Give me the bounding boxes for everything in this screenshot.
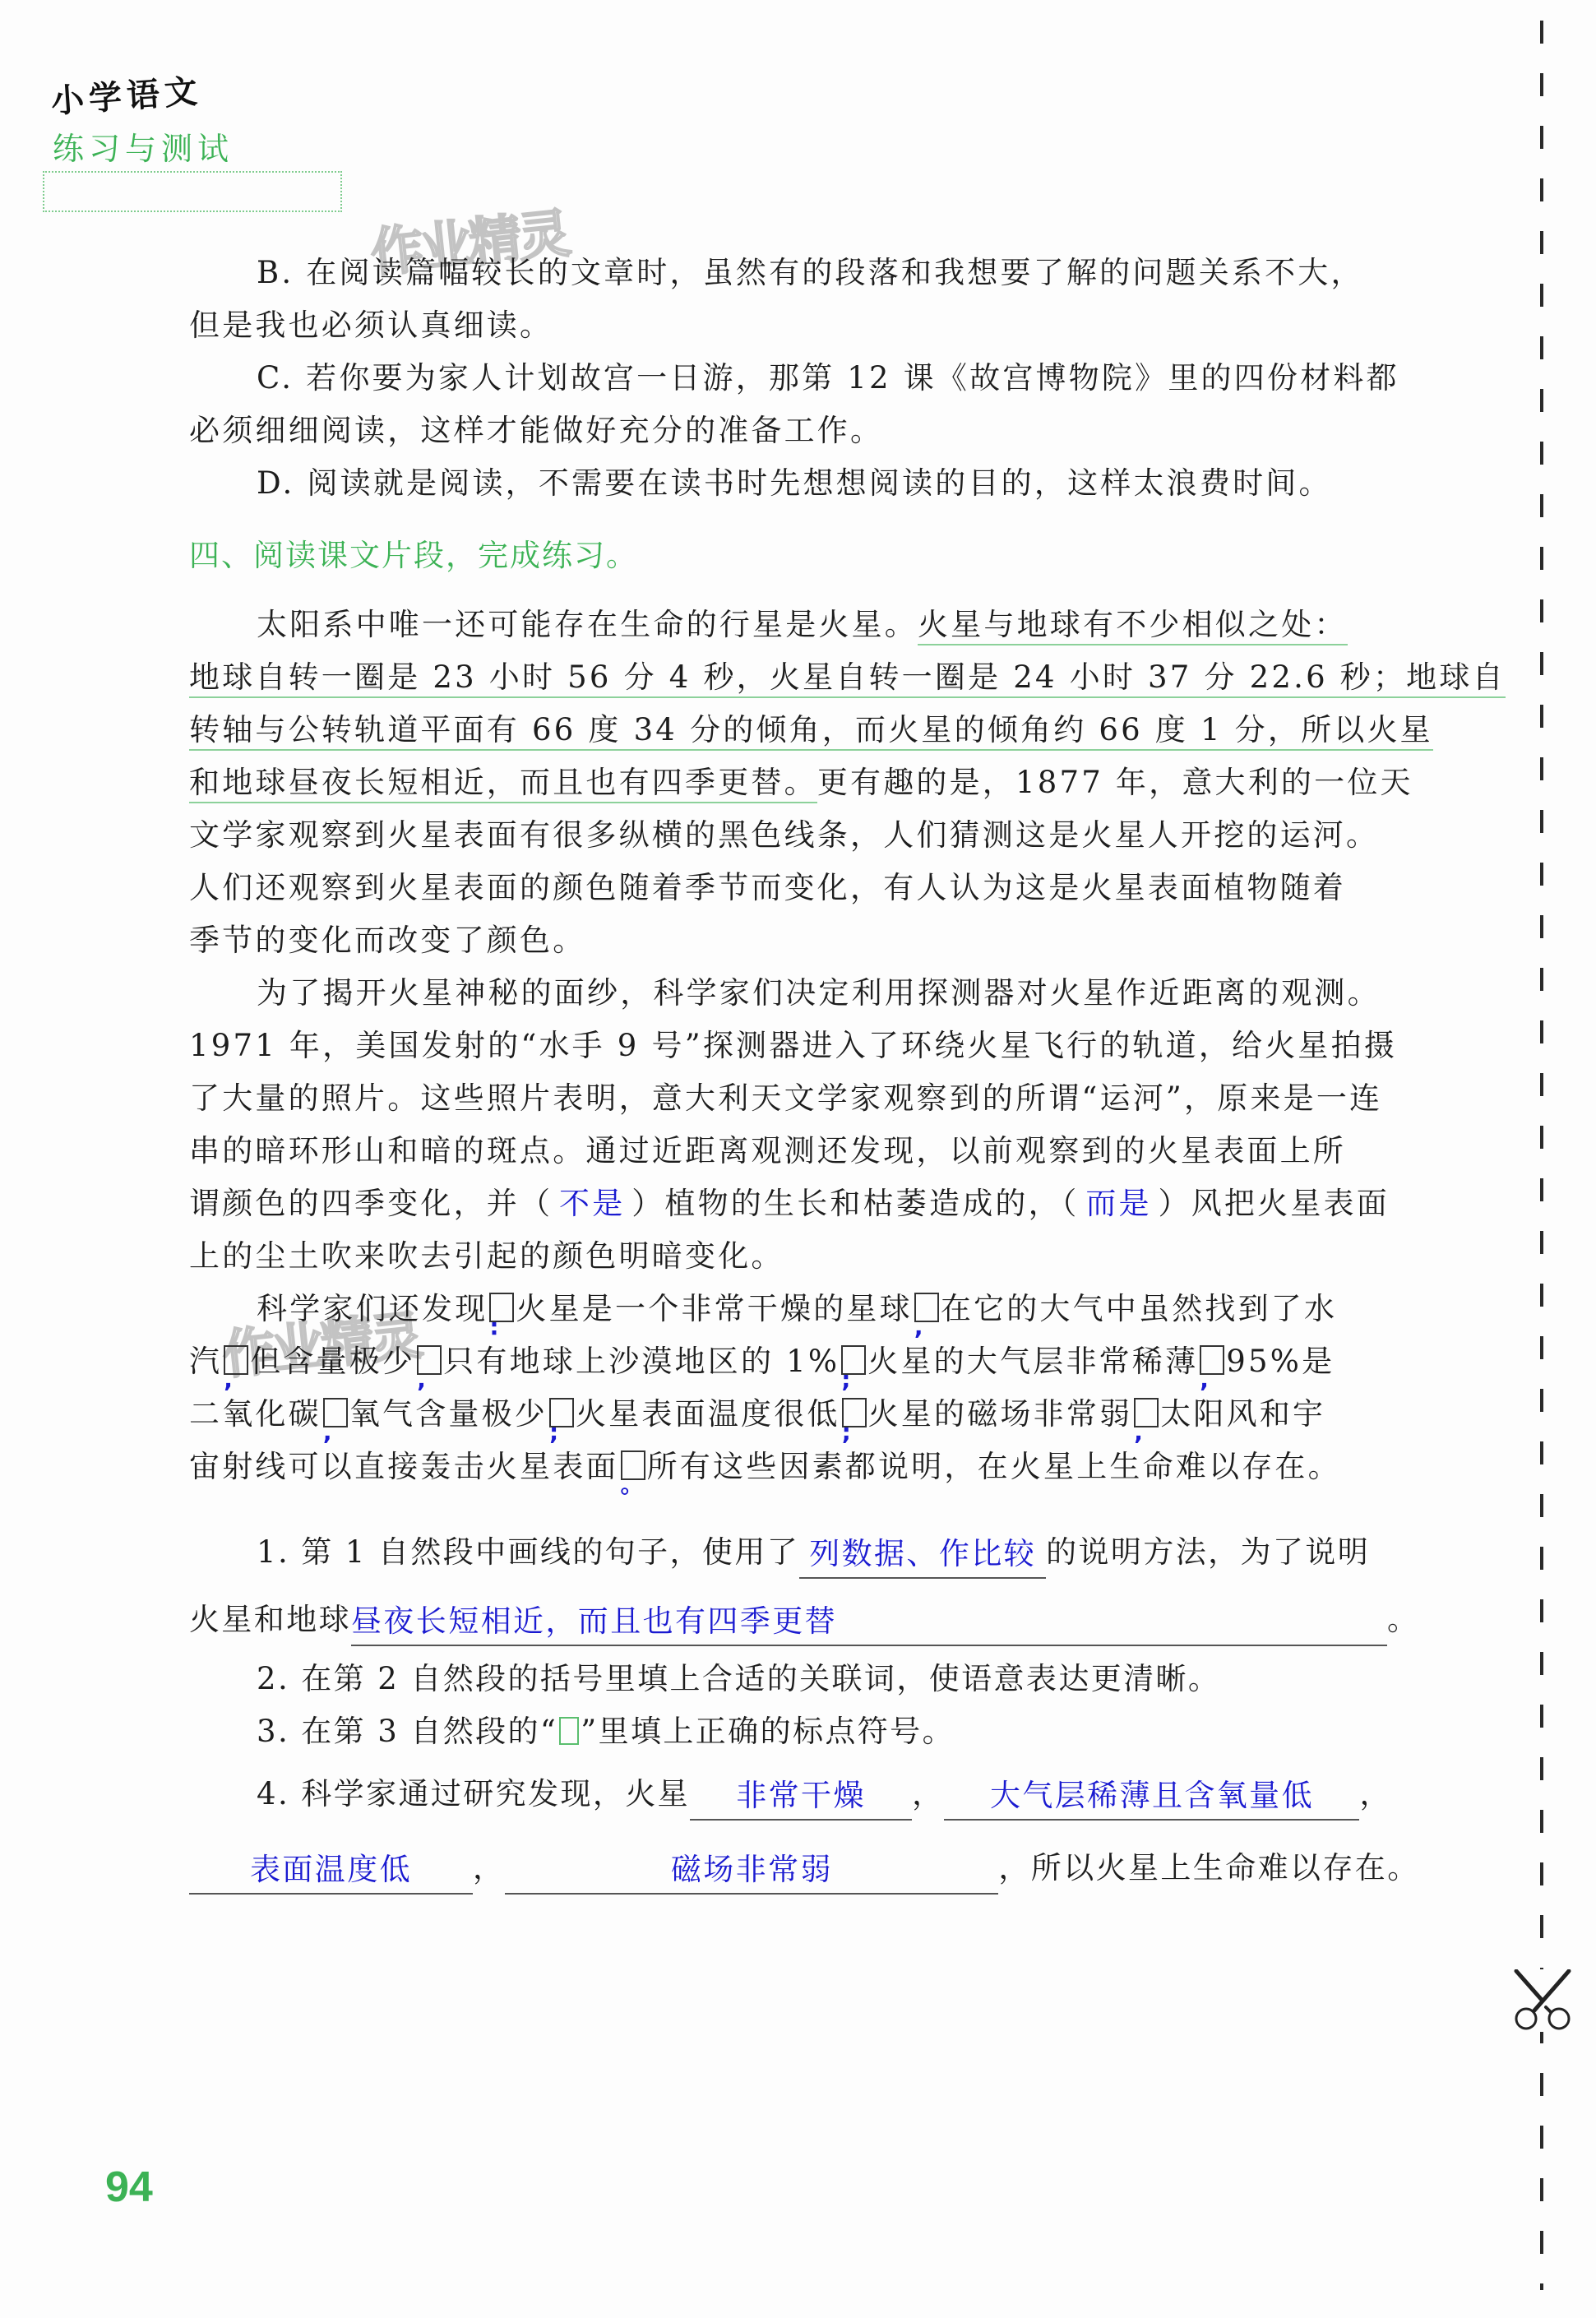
book-subtitle: 练习与测试 [53, 123, 235, 169]
para2-text: 谓颜色的四季变化，并（ [189, 1186, 553, 1221]
para3-text: 氧气含量极少 [349, 1396, 548, 1432]
question-1-cont: 火星和地球昼夜长短相近，而且也有四季更替。 [189, 1594, 1431, 1653]
punctuation-mark: , [323, 1421, 335, 1444]
conjunction-answer-1[interactable]: 不是 [553, 1178, 631, 1230]
question-text: 3. 在第 3 自然段的“ [257, 1714, 557, 1749]
sample-punctuation-box [559, 1717, 579, 1745]
question-1: 1. 第 1 自然段中画线的句子，使用了列数据、作比较的说明方法，为了说明 [189, 1526, 1431, 1585]
question-3: 3. 在第 3 自然段的“”里填上正确的标点符号。 [189, 1705, 1431, 1758]
underlined-sentence: 和地球昼夜长短相近，而且也有四季更替。 [189, 765, 817, 803]
page-number: 94 [105, 2163, 153, 2212]
para3-text: 科学家们还发现 [257, 1291, 488, 1326]
conjunction-answer-2[interactable]: 而是 [1080, 1178, 1159, 1230]
punctuation-mark: , [224, 1368, 235, 1391]
para1-text: 更有趣的是，1877 年，意大利的一位天 [817, 765, 1413, 800]
punctuation-box[interactable]: , [417, 1345, 442, 1375]
answer-blank-3[interactable]: 表面温度低 [189, 1848, 473, 1895]
book-header: 小学语文 练习与测试 [43, 76, 339, 184]
para3-text: 火星是一个非常干燥的星球 [516, 1291, 912, 1326]
punctuation-mark: : [489, 1316, 501, 1339]
para3-text: 宙射线可以直接轰击火星表面 [189, 1449, 619, 1484]
question-4-cont: 表面温度低，磁场非常弱，所以火星上生命难以存在。 [189, 1842, 1431, 1908]
question-text: ， [912, 1776, 944, 1811]
para3-text: 在它的大气中虽然找到了水 [941, 1291, 1337, 1326]
answer-blank-2[interactable]: 大气层稀薄且含氧量低 [944, 1774, 1359, 1821]
para2-text: 了大量的照片。这些照片表明，意大利天文学家观察到的所谓“运河”，原来是一连 [189, 1072, 1431, 1125]
option-b-line1: B. 在阅读篇幅较长的文章时，虽然有的段落和我想要了解的问题关系不大， [189, 247, 1431, 299]
para2-text: 1971 年，美国发射的“水手 9 号”探测器进入了环绕火星飞行的轨道，给火星拍… [189, 1020, 1431, 1072]
punctuation-mark: , [1134, 1421, 1145, 1444]
punctuation-box[interactable]: , [1134, 1398, 1159, 1427]
question-text: 。 [1387, 1602, 1419, 1637]
option-c-line2: 必须细细阅读，这样才能做好充分的准备工作。 [189, 405, 1431, 457]
page-content: B. 在阅读篇幅较长的文章时，虽然有的段落和我想要了解的问题关系不大， 但是我也… [189, 247, 1431, 1908]
passage-paragraph-2: 为了揭开火星神秘的面纱，科学家们决定利用探测器对火星作近距离的观测。 1971 … [189, 967, 1431, 1283]
para3-text: 太阳风和宇 [1160, 1396, 1325, 1432]
para2-text: ）植物的生长和枯萎造成的，（ [631, 1186, 1079, 1221]
option-b-line2: 但是我也必须认真细读。 [189, 299, 1431, 352]
para1-text: 太阳系中唯一还可能存在生命的行星是火星。 [257, 607, 918, 642]
underlined-sentence: 转轴与公转轨道平面有 66 度 34 分的倾角，而火星的倾角约 66 度 1 分… [189, 712, 1433, 751]
answer-blank-purpose[interactable]: 昼夜长短相近，而且也有四季更替 [351, 1600, 1387, 1646]
question-text: ， [1359, 1776, 1391, 1811]
punctuation-mark: , [914, 1316, 926, 1339]
para2-text: 为了揭开火星神秘的面纱，科学家们决定利用探测器对火星作近距离的观测。 [189, 967, 1431, 1020]
option-d-line1: D. 阅读就是阅读，不需要在读书时先想想阅读的目的，这样太浪费时间。 [189, 457, 1431, 510]
para2-text: 上的尘土吹来吹去引起的颜色明暗变化。 [189, 1230, 1431, 1283]
para3-text: 只有地球上沙漠地区的 1% [443, 1344, 840, 1379]
punctuation-mark: , [1200, 1368, 1211, 1391]
para3-text: 汽 [189, 1344, 222, 1379]
para3-text: 所有这些因素都说明，在火星上生命难以存在。 [647, 1449, 1341, 1484]
underlined-sentence: 地球自转一圈是 23 小时 56 分 4 秒，火星自转一圈是 24 小时 37 … [189, 659, 1506, 698]
passage-paragraph-3: 科学家们还发现:火星是一个非常干燥的星球,在它的大气中虽然找到了水 汽,但含量极… [189, 1283, 1431, 1493]
para1-text: 季节的变化而改变了颜色。 [189, 914, 1431, 967]
header-dotted-frame [43, 171, 342, 212]
para1-text: 人们还观察到火星表面的颜色随着季节而变化，有人认为这是火星表面植物随着 [189, 862, 1431, 914]
para1-text: 文学家观察到火星表面有很多纵横的黑色线条，人们猜测这是火星人开挖的运河。 [189, 809, 1431, 862]
question-text: ， [473, 1850, 505, 1885]
para3-text: 二氧化碳 [189, 1396, 322, 1432]
question-text: ”里填上正确的标点符号。 [581, 1714, 955, 1749]
para3-text: 火星的磁场非常弱 [868, 1396, 1133, 1432]
series-title: 小学语文 [49, 65, 204, 123]
passage-paragraph-1: 太阳系中唯一还可能存在生命的行星是火星。火星与地球有不少相似之处： 地球自转一圈… [189, 599, 1431, 967]
answer-blank-1[interactable]: 非常干燥 [690, 1774, 912, 1821]
answer-blank-4[interactable]: 磁场非常弱 [505, 1848, 998, 1895]
punctuation-box[interactable]: , [1200, 1345, 1224, 1375]
question-2: 2. 在第 2 自然段的括号里填上合适的关联词，使语意表达更清晰。 [189, 1653, 1431, 1705]
question-text: 火星和地球 [189, 1602, 351, 1637]
punctuation-mark: , [417, 1368, 428, 1391]
punctuation-box[interactable]: ; [549, 1398, 574, 1427]
punctuation-box[interactable]: , [224, 1345, 248, 1375]
answer-blank-method[interactable]: 列数据、作比较 [799, 1533, 1046, 1579]
scissors-icon [1513, 1969, 1572, 2032]
question-4: 4. 科学家通过研究发现，火星非常干燥，大气层稀薄且含氧量低， [189, 1768, 1431, 1834]
option-c-line1: C. 若你要为家人计划故宫一日游，那第 12 课《故宫博物院》里的四份材料都 [189, 352, 1431, 405]
punctuation-box[interactable]: ; [842, 1398, 867, 1427]
punctuation-box[interactable]: , [914, 1293, 939, 1322]
questions: 1. 第 1 自然段中画线的句子，使用了列数据、作比较的说明方法，为了说明 火星… [189, 1526, 1431, 1908]
para3-text: 但含量极少 [250, 1344, 415, 1379]
cut-line [1540, 21, 1543, 2290]
question-text: 的说明方法，为了说明 [1046, 1534, 1370, 1570]
punctuation-box[interactable]: : [489, 1293, 514, 1322]
para3-text: 火星表面温度很低 [576, 1396, 840, 1432]
punctuation-mark: ; [841, 1368, 853, 1391]
punctuation-box[interactable]: 。 [621, 1450, 645, 1480]
punctuation-mark: ; [549, 1421, 561, 1444]
underlined-sentence: 火星与地球有不少相似之处： [918, 607, 1348, 645]
para3-text: 95%是 [1226, 1344, 1335, 1379]
question-text: 4. 科学家通过研究发现，火星 [257, 1776, 690, 1811]
para2-text: ）风把火星表面 [1159, 1186, 1390, 1221]
punctuation-mark: ; [842, 1421, 854, 1444]
para3-text: 火星的大气层非常稀薄 [867, 1344, 1198, 1379]
para2-text: 串的暗环形山和暗的斑点。通过近距离观测还发现，以前观察到的火星表面上所 [189, 1125, 1431, 1178]
question-text: 1. 第 1 自然段中画线的句子，使用了 [257, 1534, 799, 1570]
punctuation-box[interactable]: , [323, 1398, 348, 1427]
punctuation-mark: 。 [621, 1474, 646, 1497]
punctuation-box[interactable]: ; [841, 1345, 866, 1375]
section-title: 四、阅读课文片段，完成练习。 [189, 530, 1431, 582]
question-text: ，所以火星上生命难以存在。 [998, 1850, 1419, 1885]
